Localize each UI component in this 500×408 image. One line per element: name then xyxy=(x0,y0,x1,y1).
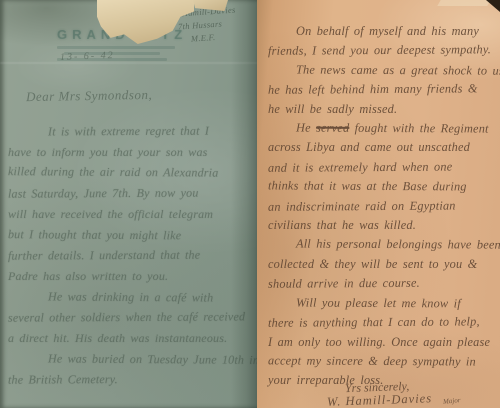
signature-rank: Major xyxy=(443,396,461,406)
salutation: Dear Mrs Symondson, xyxy=(26,87,152,105)
letter-line: he will be sadly missed. xyxy=(268,100,500,119)
letters-photo: GRAND RITZ Major W. Hamill-Davies 7th Hu… xyxy=(0,0,500,408)
paper-crease xyxy=(0,62,257,64)
letter-line: have to inform you that your son was xyxy=(8,142,254,163)
letter-line: a direct hit. His death was instantaneou… xyxy=(8,328,254,349)
strike-pre-text: He xyxy=(296,121,316,135)
letter-line: will have received the official telegram xyxy=(8,204,254,225)
letter-line: further details. I understand that the xyxy=(8,245,254,267)
letter-line: friends, I send you our deepest sympathy… xyxy=(268,41,500,62)
letter-line: On behalf of myself and his many xyxy=(268,22,500,41)
letter-line: he has left behind him many friends & xyxy=(268,79,500,100)
letter-line: an indiscriminate raid on Egyptian xyxy=(268,196,500,217)
signature: W. Hamill-Davies xyxy=(327,391,433,408)
letter-line: should arrive in due course. xyxy=(268,273,500,294)
letter-line: He was drinking in a café with xyxy=(8,286,254,308)
struck-word: served xyxy=(316,121,349,135)
torn-corner xyxy=(486,0,500,12)
letter-line-with-strikethrough: He served fought with the Regiment xyxy=(268,118,500,139)
left-letter-page: GRAND RITZ Major W. Hamill-Davies 7th Hu… xyxy=(0,0,257,408)
page-edge-highlight xyxy=(437,0,490,6)
letter-line: Will you please let me know if xyxy=(268,293,500,314)
letter-line: the British Cemetery. xyxy=(8,369,254,391)
left-letter-body: It is with extreme regret that I have to… xyxy=(8,121,254,390)
letter-line: All his personal belongings have been xyxy=(268,235,500,256)
letter-line: last Saturday, June 7th. By now you xyxy=(8,182,254,204)
letter-line: I am only too willing. Once again please xyxy=(268,333,500,352)
letter-line: It is with extreme regret that I xyxy=(8,120,254,142)
right-letter-body: On behalf of myself and his many friends… xyxy=(268,22,500,391)
page-edge-shadow xyxy=(231,0,257,408)
letter-line: and it is extremely hard when one xyxy=(268,157,500,178)
letter-line: killed during the air raid on Alexandria xyxy=(8,162,254,184)
letter-line: civilians that he was killed. xyxy=(268,216,500,235)
letter-date: 13- 6- 42 xyxy=(60,50,115,63)
letter-line: there is anything that I can do to help, xyxy=(268,312,500,333)
letter-line: He was buried on Tuesday June 10th in xyxy=(8,348,254,370)
letter-line: across Libya and came out unscathed xyxy=(268,138,500,157)
letter-line: The news came as a great shock to us - xyxy=(268,60,500,81)
letter-line: accept my sincere & deep sympathy in xyxy=(268,351,500,372)
letter-line: several other soldiers when the café rec… xyxy=(8,307,254,329)
strike-post-text: fought with the Regiment xyxy=(349,121,488,136)
letter-line: but I thought that you might like xyxy=(8,224,254,246)
right-letter-page: On behalf of myself and his many friends… xyxy=(257,0,500,408)
letter-line: collected & they will be sent to you & xyxy=(268,255,500,274)
letter-line: thinks that it was at the Base during xyxy=(268,177,500,198)
letter-line: Padre has also written to you. xyxy=(8,266,254,287)
